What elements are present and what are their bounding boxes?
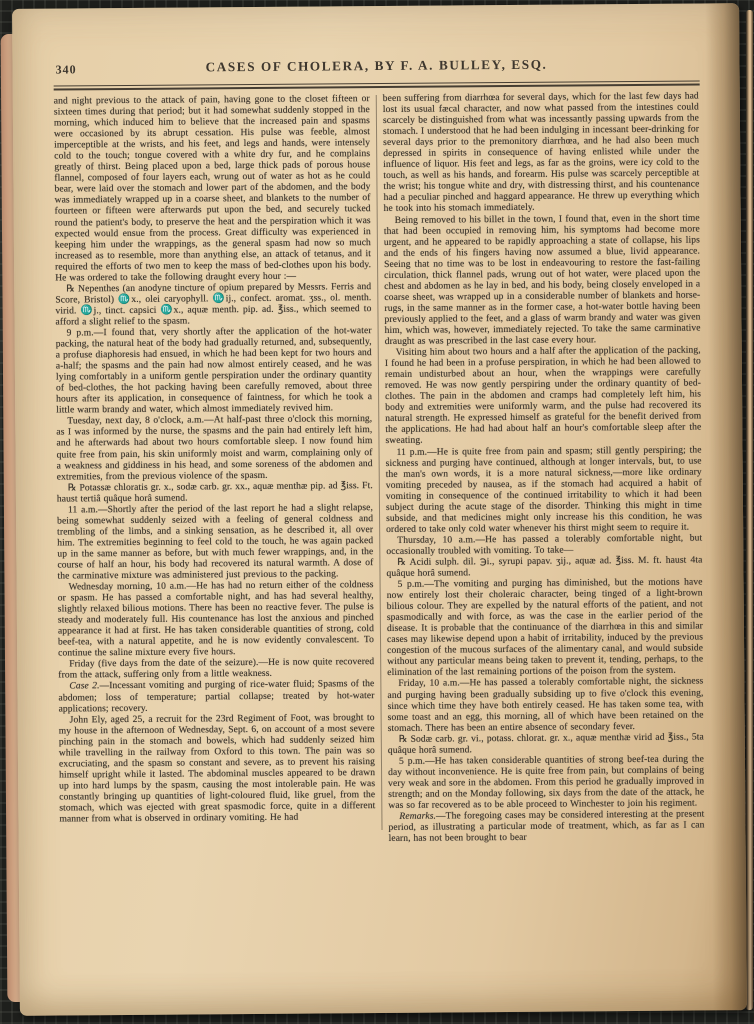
paragraph: 5 p.m.—The vomiting and purging has dimi… (387, 577, 704, 679)
left-column: and night previous to the attack of pain… (54, 93, 376, 847)
paragraph: been suffering from diarrhœa for several… (383, 90, 700, 214)
paragraph: Visiting him about two hours and a half … (385, 345, 702, 447)
paragraph: Thursday, 10 a.m.—He has passed a tolera… (386, 532, 702, 557)
paragraph: Remarks.—The foregoing cases may be cons… (388, 809, 704, 845)
paragraph: and night previous to the attack of pain… (54, 93, 371, 283)
paragraph: Being removed to his billet in the town,… (384, 212, 701, 347)
paragraph: 11 p.m.—He is quite free from pain and s… (386, 444, 703, 535)
paragraph: 9 p.m.—I found that, very shortly after … (56, 325, 373, 416)
page-content: 340 CASES OF CHOLERA, BY F. A. BULLEY, E… (53, 51, 705, 846)
text-columns: and night previous to the attack of pain… (54, 90, 706, 846)
paragraph: 11 a.m.—Shortly after the period of the … (57, 502, 374, 582)
paragraph-lead: Case 2. (69, 681, 99, 692)
paragraph: ℞ Nepenthes (an anodyne tincture of opiu… (55, 281, 371, 328)
paragraph: ℞ Acidi sulph. dil. ℈i., syrupi papav. ʒ… (386, 554, 702, 579)
book-page: 340 CASES OF CHOLERA, BY F. A. BULLEY, E… (12, 3, 747, 1016)
paragraph: John Ely, aged 25, a recruit for the 23r… (59, 712, 376, 825)
page-title: CASES OF CHOLERA, BY F. A. BULLEY, ESQ. (53, 51, 699, 76)
paragraph: ℞ Sodæ carb. gr. vi., potass. chlorat. g… (388, 731, 704, 756)
spine-gutter-shadow (705, 3, 747, 1010)
book-cover-background: 340 CASES OF CHOLERA, BY F. A. BULLEY, E… (0, 0, 754, 1024)
paragraph: 5 p.m.—He has taken considerable quantit… (388, 753, 704, 811)
paragraph-lead: Remarks. (399, 811, 436, 822)
page-number: 340 (55, 62, 76, 77)
header-rule (54, 80, 700, 90)
paragraph: ℞ Potassæ chloratis gr. x., sodæ carb. g… (57, 480, 373, 505)
paragraph: Case 2.—Incessant vomiting and purging o… (58, 679, 374, 715)
fore-edge-pages (746, 10, 753, 1010)
paragraph: Tuesday, next day, 8 o'clock, a.m.—At ha… (56, 413, 373, 482)
paragraph: Friday (five days from the date of the s… (58, 656, 374, 681)
running-head: 340 CASES OF CHOLERA, BY F. A. BULLEY, E… (53, 51, 699, 80)
paragraph: Wednesday morning, 10 a.m.—He has had no… (58, 579, 375, 659)
right-column: been suffering from diarrhœa for several… (383, 90, 705, 844)
column-divider (376, 95, 383, 830)
paragraph: Friday, 10 a.m.—He has passed a tolerabl… (387, 676, 703, 734)
